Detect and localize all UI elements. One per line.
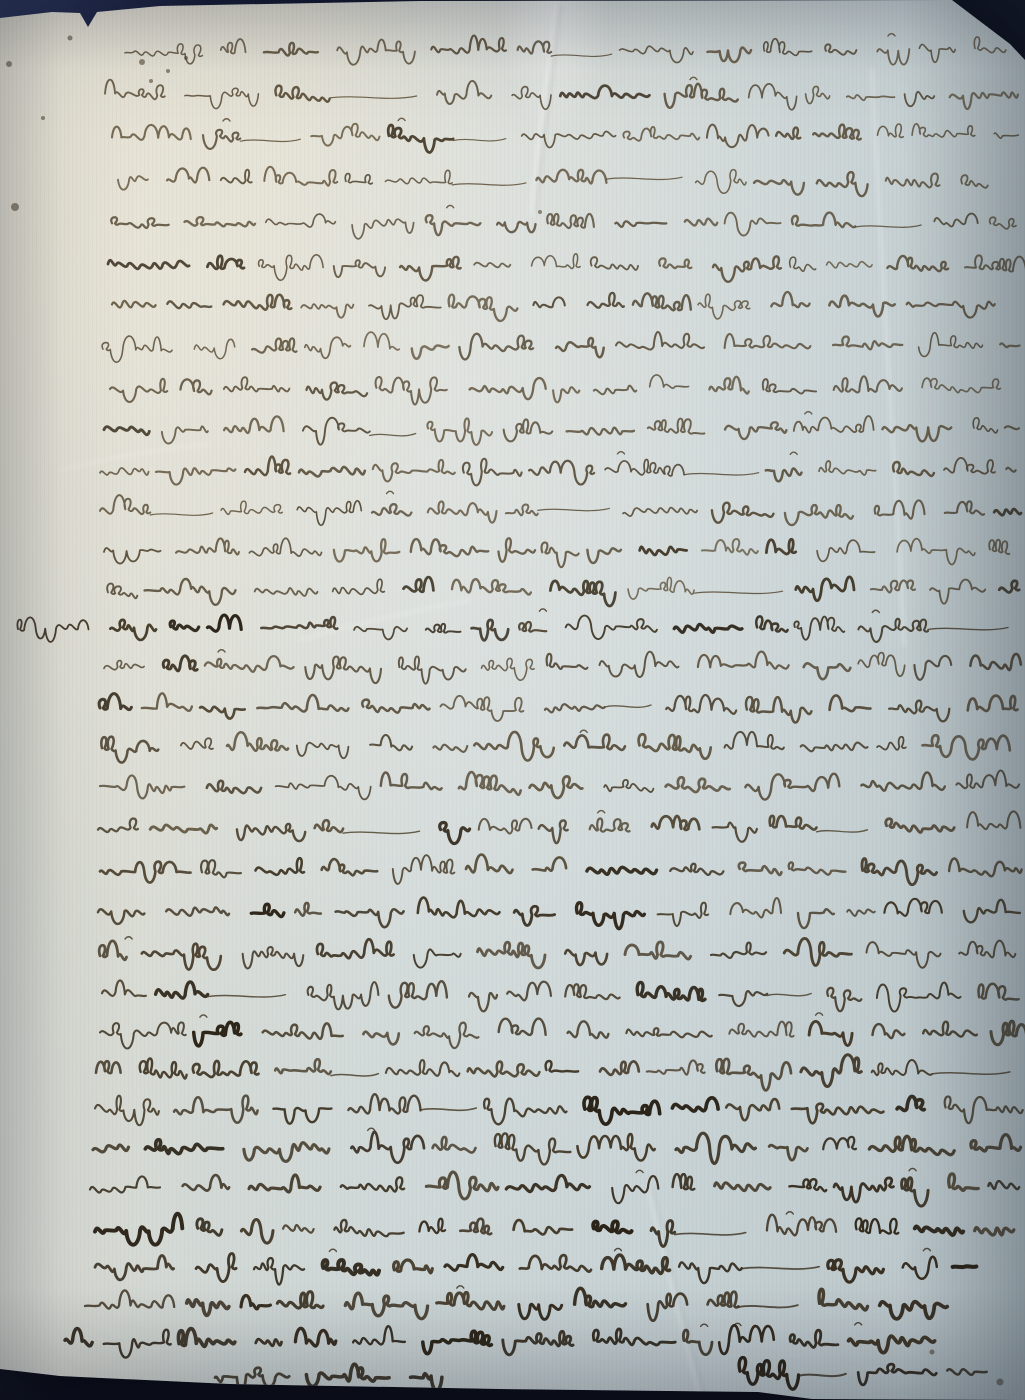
ink-speckle <box>149 79 153 83</box>
ink-speckle <box>11 203 19 211</box>
ink-speckle <box>166 69 170 73</box>
paper-sheet <box>0 0 1025 1400</box>
ink-speckle <box>930 1350 935 1355</box>
ink-speckle <box>184 56 188 60</box>
ink-speckle <box>41 116 45 120</box>
manuscript-photo <box>0 0 1025 1400</box>
ink-speckle <box>139 59 145 65</box>
ink-speckle <box>6 61 12 67</box>
ink-speckle <box>538 210 542 214</box>
ink-speckle <box>997 1379 1004 1386</box>
ink-speckle <box>68 36 73 41</box>
handwriting-ink-layer <box>0 0 1025 1400</box>
